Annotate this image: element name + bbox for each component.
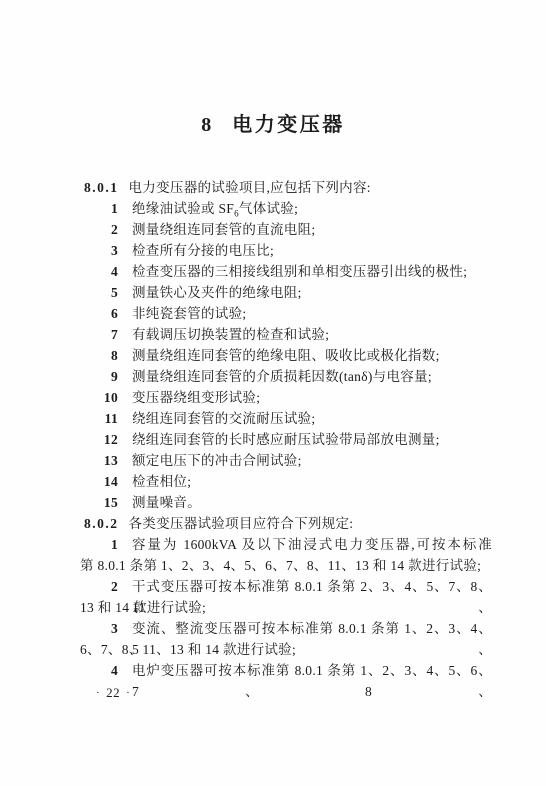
item-text: 电炉变压器可按本标准第 8.0.1 条第 1、2、3、4、5、6、7、8、 xyxy=(132,660,492,681)
item-text-pre: 绝缘油试验或 SF xyxy=(132,201,234,216)
item-text-continuation: 第 8.0.1 条第 1、2、3、4、5、6、7、8、11、13 和 14 款进… xyxy=(80,555,492,576)
item-number: 4 xyxy=(80,660,118,681)
item-text: 测量绕组连同套管的直流电阻; xyxy=(132,219,315,240)
list-item: 10 变压器绕组变形试验; xyxy=(80,387,492,408)
page-number: 22 xyxy=(106,685,120,700)
item-number: 10 xyxy=(80,387,118,408)
list-item: 4 电炉变压器可按本标准第 8.0.1 条第 1、2、3、4、5、6、7、8、 xyxy=(80,660,492,681)
item-number: 2 xyxy=(80,576,118,597)
item-text: 额定电压下的冲击合闸试验; xyxy=(132,450,302,471)
list-item: 14 检查相位; xyxy=(80,471,492,492)
item-text: 测量噪音。 xyxy=(132,492,201,513)
item-text: 容量为 1600kVA 及以下油浸式电力变压器,可按本标准 xyxy=(132,534,492,555)
list-item: 3 检查所有分接的电压比; xyxy=(80,240,492,261)
list-item: 2 测量绕组连同套管的直流电阻; xyxy=(80,219,492,240)
item-text: 绝缘油试验或 SF6气体试验; xyxy=(132,198,298,219)
item-number: 1 xyxy=(80,198,118,219)
chapter-heading: 8电力变压器 xyxy=(0,111,546,139)
item-text: 测量铁心及夹件的绝缘电阻; xyxy=(132,282,302,303)
page-number-left-dot: · xyxy=(96,687,100,699)
list-item: 1 绝缘油试验或 SF6气体试验; xyxy=(80,198,492,219)
item-text: 非纯瓷套管的试验; xyxy=(132,303,246,324)
item-number: 3 xyxy=(80,240,118,261)
list-item: 7 有载调压切换装置的检查和试验; xyxy=(80,324,492,345)
list-item: 12 绕组连同套管的长时感应耐压试验带局部放电测量; xyxy=(80,429,492,450)
item-text: 测量绕组连同套管的绝缘电阻、吸收比或极化指数; xyxy=(132,345,440,366)
item-text: 变压器绕组变形试验; xyxy=(132,387,260,408)
item-text: 干式变压器可按本标准第 8.0.1 条第 2、3、4、5、7、8、11、 xyxy=(132,576,492,597)
list-item: 2 干式变压器可按本标准第 8.0.1 条第 2、3、4、5、7、8、11、 xyxy=(80,576,492,597)
item-text: 检查相位; xyxy=(132,471,191,492)
item-number: 14 xyxy=(80,471,118,492)
item-text: 变流、整流变压器可按本标准第 8.0.1 条第 1、2、3、4、5、 xyxy=(132,618,492,639)
document-page: 8电力变压器 8.0.1 电力变压器的试验项目,应包括下列内容: 1 绝缘油试验… xyxy=(0,0,546,786)
clause-number: 8.0.2 xyxy=(84,513,119,534)
list-item: 8 测量绕组连同套管的绝缘电阻、吸收比或极化指数; xyxy=(80,345,492,366)
list-item: 3 变流、整流变压器可按本标准第 8.0.1 条第 1、2、3、4、5、 xyxy=(80,618,492,639)
page-body: 8.0.1 电力变压器的试验项目,应包括下列内容: 1 绝缘油试验或 SF6气体… xyxy=(80,177,492,681)
list-item: 4 检查变压器的三相接线组别和单相变压器引出线的极性; xyxy=(80,261,492,282)
list-item: 1 容量为 1600kVA 及以下油浸式电力变压器,可按本标准 xyxy=(80,534,492,555)
clause-number: 8.0.1 xyxy=(84,177,119,198)
list-item: 11 绕组连同套管的交流耐压试验; xyxy=(80,408,492,429)
item-number: 5 xyxy=(80,282,118,303)
item-text: 测量绕组连同套管的介质损耗因数(tanδ)与电容量; xyxy=(132,366,432,387)
item-number: 15 xyxy=(80,492,118,513)
list-item: 9 测量绕组连同套管的介质损耗因数(tanδ)与电容量; xyxy=(80,366,492,387)
item-number: 9 xyxy=(80,366,118,387)
list-item: 13 额定电压下的冲击合闸试验; xyxy=(80,450,492,471)
clause-heading-text: 电力变压器的试验项目,应包括下列内容: xyxy=(129,177,371,198)
list-item: 5 测量铁心及夹件的绝缘电阻; xyxy=(80,282,492,303)
item-number: 11 xyxy=(80,408,118,429)
item-number: 1 xyxy=(80,534,118,555)
clause-8-0-1-heading: 8.0.1 电力变压器的试验项目,应包括下列内容: xyxy=(80,177,492,198)
item-number: 7 xyxy=(80,324,118,345)
item-number: 3 xyxy=(80,618,118,639)
item-number: 12 xyxy=(80,429,118,450)
item-number: 2 xyxy=(80,219,118,240)
list-item: 6 非纯瓷套管的试验; xyxy=(80,303,492,324)
chapter-number: 8 xyxy=(201,114,211,136)
page-footer: ·22· xyxy=(90,684,136,702)
clause-8-0-2-heading: 8.0.2 各类变压器试验项目应符合下列规定: xyxy=(80,513,492,534)
item-number: 6 xyxy=(80,303,118,324)
chapter-title: 电力变压器 xyxy=(232,114,345,136)
item-number: 4 xyxy=(80,261,118,282)
list-item: 15 测量噪音。 xyxy=(80,492,492,513)
item-text-post: 气体试验; xyxy=(239,201,298,216)
item-number: 13 xyxy=(80,450,118,471)
item-text: 绕组连同套管的交流耐压试验; xyxy=(132,408,315,429)
item-text: 绕组连同套管的长时感应耐压试验带局部放电测量; xyxy=(132,429,440,450)
item-text: 有载调压切换装置的检查和试验; xyxy=(132,324,329,345)
page-number-right-dot: · xyxy=(126,687,130,699)
item-text: 检查变压器的三相接线组别和单相变压器引出线的极性; xyxy=(132,261,467,282)
clause-heading-text: 各类变压器试验项目应符合下列规定: xyxy=(129,513,354,534)
item-number: 8 xyxy=(80,345,118,366)
item-text: 检查所有分接的电压比; xyxy=(132,240,274,261)
